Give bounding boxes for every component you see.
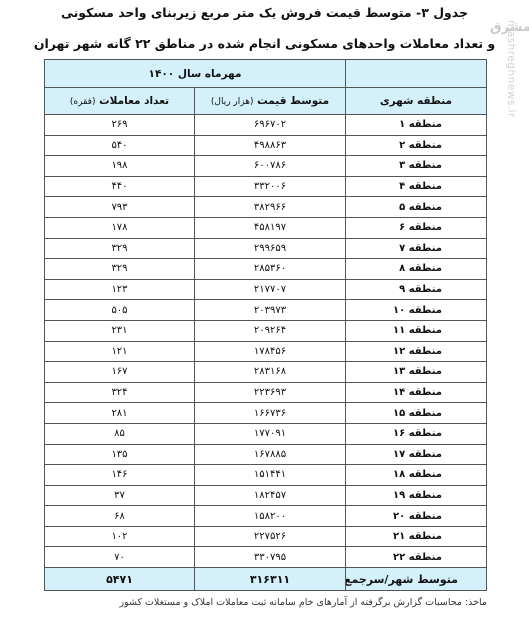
price-cell: ۱۷۸۴۵۶ bbox=[195, 341, 346, 362]
count-cell: ۶۸ bbox=[45, 506, 195, 527]
count-cell: ۱۰۲ bbox=[45, 526, 195, 547]
source-caption: ماخذ: محاسبات گزارش برگرفته از آمارهای خ… bbox=[119, 597, 487, 608]
region-cell: منطقه ۸ bbox=[346, 259, 487, 280]
region-cell: منطقه ۵ bbox=[346, 197, 487, 218]
table-row: منطقه ۱۳۲۸۳۱۶۸۱۶۷ bbox=[45, 362, 487, 383]
table-row: منطقه ۱۴۲۲۳۶۹۳۳۲۴ bbox=[45, 382, 487, 403]
count-cell: ۷۰ bbox=[45, 547, 195, 568]
table-row: منطقه ۲۴۹۸۸۶۳۵۴۰ bbox=[45, 135, 487, 156]
region-cell: منطقه ۱۹ bbox=[346, 485, 487, 506]
region-cell: منطقه ۲۰ bbox=[346, 506, 487, 527]
price-cell: ۱۶۶۷۳۶ bbox=[195, 403, 346, 424]
table-row: منطقه ۱۷۱۶۷۸۸۵۱۳۵ bbox=[45, 444, 487, 465]
price-cell: ۱۶۷۸۸۵ bbox=[195, 444, 346, 465]
price-cell: ۲۲۳۶۹۳ bbox=[195, 382, 346, 403]
count-header: تعداد معاملات (فقره) bbox=[45, 88, 195, 115]
count-cell: ۳۲۹ bbox=[45, 259, 195, 280]
price-cell: ۶۰۰۷۸۶ bbox=[195, 156, 346, 177]
price-cell: ۳۸۲۹۶۶ bbox=[195, 197, 346, 218]
region-cell: منطقه ۱۱ bbox=[346, 320, 487, 341]
region-cell: منطقه ۲۱ bbox=[346, 526, 487, 547]
price-cell: ۲۲۷۵۲۶ bbox=[195, 526, 346, 547]
region-cell: منطقه ۱۸ bbox=[346, 465, 487, 486]
table-row: منطقه ۳۶۰۰۷۸۶۱۹۸ bbox=[45, 156, 487, 177]
table-row: منطقه ۲۰۱۵۸۲۰۰۶۸ bbox=[45, 506, 487, 527]
price-cell: ۳۳۲۰۰۶ bbox=[195, 176, 346, 197]
total-count: ۵۴۷۱ bbox=[45, 568, 195, 591]
count-cell: ۳۲۹ bbox=[45, 238, 195, 259]
table-row: منطقه ۱۲۱۷۸۴۵۶۱۲۱ bbox=[45, 341, 487, 362]
region-cell: منطقه ۱۲ bbox=[346, 341, 487, 362]
price-cell: ۲۰۳۹۷۳ bbox=[195, 300, 346, 321]
price-cell: ۲۹۹۶۵۹ bbox=[195, 238, 346, 259]
table-row: منطقه ۱۶۱۷۷۰۹۱۸۵ bbox=[45, 423, 487, 444]
count-cell: ۱۷۸ bbox=[45, 217, 195, 238]
table-row: منطقه ۸۲۸۵۳۶۰۳۲۹ bbox=[45, 259, 487, 280]
total-price: ۳۱۶۳۱۱ bbox=[195, 568, 346, 591]
total-row: متوسط شهر/سرجمع۳۱۶۳۱۱۵۴۷۱ bbox=[45, 568, 487, 591]
price-cell: ۲۸۵۳۶۰ bbox=[195, 259, 346, 280]
count-cell: ۱۳۵ bbox=[45, 444, 195, 465]
table-title: جدول ۳- متوسط قیمت فروش یک متر مربع زیرب… bbox=[0, 5, 529, 20]
watermark: mashreghnews.ir bbox=[505, 20, 517, 118]
price-cell: ۲۱۷۷۰۷ bbox=[195, 279, 346, 300]
region-cell: منطقه ۴ bbox=[346, 176, 487, 197]
table-row: منطقه ۲۲۳۳۰۷۹۵۷۰ bbox=[45, 547, 487, 568]
count-cell: ۱۲۳ bbox=[45, 279, 195, 300]
region-cell: منطقه ۳ bbox=[346, 156, 487, 177]
table-row: منطقه ۷۲۹۹۶۵۹۳۲۹ bbox=[45, 238, 487, 259]
region-header: منطقه شهری bbox=[346, 88, 487, 115]
price-cell: ۱۵۸۲۰۰ bbox=[195, 506, 346, 527]
region-cell: منطقه ۱ bbox=[346, 115, 487, 136]
count-cell: ۱۶۷ bbox=[45, 362, 195, 383]
table-row: منطقه ۱۵۱۶۶۷۳۶۲۸۱ bbox=[45, 403, 487, 424]
count-cell: ۱۲۱ bbox=[45, 341, 195, 362]
count-cell: ۲۳۱ bbox=[45, 320, 195, 341]
table-row: منطقه ۱۶۹۶۷۰۲۲۶۹ bbox=[45, 115, 487, 136]
table-row: منطقه ۹۲۱۷۷۰۷۱۲۳ bbox=[45, 279, 487, 300]
count-cell: ۵۴۰ bbox=[45, 135, 195, 156]
region-cell: منطقه ۹ bbox=[346, 279, 487, 300]
total-label: متوسط شهر/سرجمع bbox=[346, 568, 487, 591]
count-cell: ۳۲۴ bbox=[45, 382, 195, 403]
price-cell: ۶۹۶۷۰۲ bbox=[195, 115, 346, 136]
table-row: منطقه ۲۱۲۲۷۵۲۶۱۰۲ bbox=[45, 526, 487, 547]
table-row: منطقه ۱۱۲۰۹۲۶۴۲۳۱ bbox=[45, 320, 487, 341]
price-table: مهرماه سال ۱۴۰۰ منطقه شهری متوسط قیمت (ه… bbox=[44, 59, 487, 591]
region-cell: منطقه ۱۶ bbox=[346, 423, 487, 444]
table-subtitle: و تعداد معاملات واحدهای مسکونی انجام شده… bbox=[0, 36, 529, 51]
price-cell: ۳۳۰۷۹۵ bbox=[195, 547, 346, 568]
region-cell: منطقه ۷ bbox=[346, 238, 487, 259]
count-cell: ۱۴۶ bbox=[45, 465, 195, 486]
count-cell: ۸۵ bbox=[45, 423, 195, 444]
table-row: منطقه ۴۳۳۲۰۰۶۴۴۰ bbox=[45, 176, 487, 197]
count-cell: ۲۶۹ bbox=[45, 115, 195, 136]
count-cell: ۵۰۵ bbox=[45, 300, 195, 321]
header-empty-cell bbox=[346, 60, 487, 88]
region-cell: منطقه ۱۳ bbox=[346, 362, 487, 383]
price-header: متوسط قیمت (هزار ریال) bbox=[195, 88, 346, 115]
region-cell: منطقه ۱۵ bbox=[346, 403, 487, 424]
price-cell: ۱۸۲۴۵۷ bbox=[195, 485, 346, 506]
table-row: منطقه ۱۹۱۸۲۴۵۷۳۷ bbox=[45, 485, 487, 506]
price-cell: ۱۵۱۴۴۱ bbox=[195, 465, 346, 486]
count-cell: ۲۸۱ bbox=[45, 403, 195, 424]
price-cell: ۲۸۳۱۶۸ bbox=[195, 362, 346, 383]
table-row: منطقه ۱۸۱۵۱۴۴۱۱۴۶ bbox=[45, 465, 487, 486]
region-cell: منطقه ۶ bbox=[346, 217, 487, 238]
region-cell: منطقه ۲۲ bbox=[346, 547, 487, 568]
count-cell: ۳۷ bbox=[45, 485, 195, 506]
region-cell: منطقه ۱۷ bbox=[346, 444, 487, 465]
count-cell: ۴۴۰ bbox=[45, 176, 195, 197]
region-cell: منطقه ۱۰ bbox=[346, 300, 487, 321]
table-row: منطقه ۵۳۸۲۹۶۶۷۹۳ bbox=[45, 197, 487, 218]
region-cell: منطقه ۲ bbox=[346, 135, 487, 156]
period-header: مهرماه سال ۱۴۰۰ bbox=[45, 60, 346, 88]
count-cell: ۷۹۳ bbox=[45, 197, 195, 218]
price-cell: ۴۹۸۸۶۳ bbox=[195, 135, 346, 156]
table-row: منطقه ۱۰۲۰۳۹۷۳۵۰۵ bbox=[45, 300, 487, 321]
price-cell: ۴۵۸۱۹۷ bbox=[195, 217, 346, 238]
price-cell: ۱۷۷۰۹۱ bbox=[195, 423, 346, 444]
region-cell: منطقه ۱۴ bbox=[346, 382, 487, 403]
count-cell: ۱۹۸ bbox=[45, 156, 195, 177]
price-cell: ۲۰۹۲۶۴ bbox=[195, 320, 346, 341]
table-row: منطقه ۶۴۵۸۱۹۷۱۷۸ bbox=[45, 217, 487, 238]
